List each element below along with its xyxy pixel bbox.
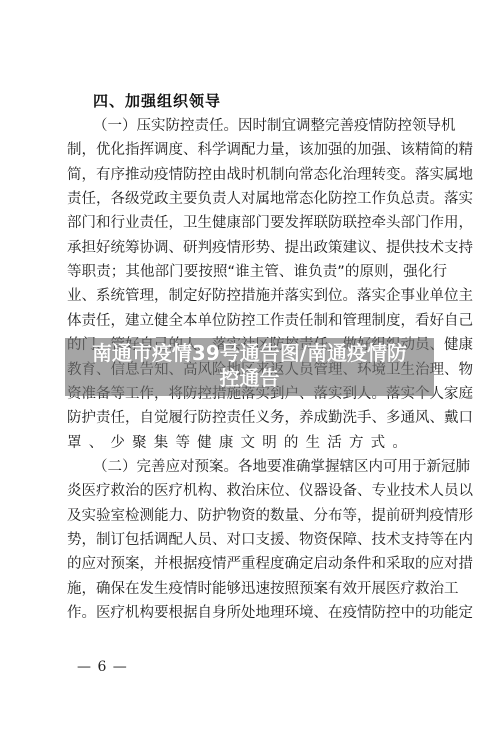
text-line: （二）完善应对预案。各地要准确掌握辖区内可用于新冠肺: [93, 457, 447, 477]
text-line: 简，有序推动疫情防控由战时机制向常态化治理转变。落实属地: [67, 165, 447, 185]
section-heading: 四、加强组织领导: [93, 90, 221, 111]
text-line: 等职责；其他部门要按照“谁主管、谁负责”的原则，强化行: [67, 262, 447, 282]
overlay-title-line-2: 控通告: [65, 366, 434, 391]
text-line: 体责任，建立健全本单位防控工作责任制和管理制度，看好自己: [67, 311, 447, 331]
text-line: （一）压实防控责任。因时制宜调整完善疫情防控领导机: [93, 116, 447, 136]
text-line: 施，确保在发生疫情时能够迅速按照预案有效开展医疗救治工: [67, 579, 447, 599]
overlay-title-line-1: 南通市疫情39号通告图/南通疫情防: [65, 341, 434, 366]
text-line: 制，优化指挥调度、科学调配力量，该加强的加强、该精简的精: [67, 140, 447, 160]
text-line: 作。医疗机构要根据自身所处地理环境、在疫情防控中的功能定: [67, 603, 447, 623]
text-line: 防护责任，自觉履行防控责任义务，养成勤洗手、多通风、戴口: [67, 408, 447, 428]
text-line: 的应对预案，并根据疫情严重程度确定启动条件和采取的应对措: [67, 554, 447, 574]
text-line: 及实验室检测能力、防护物资的数量、分布等，提前研判疫情形: [67, 506, 447, 526]
text-line: 罩、少聚集等健康文明的生活方式。: [67, 433, 447, 453]
text-line: 势，制订包括调配人员、对口支援、物资保障、技术支持等在内: [67, 530, 447, 550]
text-line: 部门和行业责任，卫生健康部门要发挥联防联控牵头部门作用，: [67, 213, 447, 233]
text-line: 业、系统管理，制定好防控措施并落实到位。落实企事业单位主: [67, 286, 447, 306]
text-line: 承担好统筹协调、研判疫情形势、提出政策建议、提供技术支持: [67, 238, 447, 258]
text-line: 责任，各级党政主要负责人对属地常态化防控工作负总责。落实: [67, 189, 447, 209]
overlay-title: 南通市疫情39号通告图/南通疫情防 控通告: [65, 338, 434, 391]
page-number: — 6 —: [77, 659, 128, 675]
text-line: 炎医疗救治的医疗机构、救治床位、仪器设备、专业技术人员以: [67, 481, 447, 501]
